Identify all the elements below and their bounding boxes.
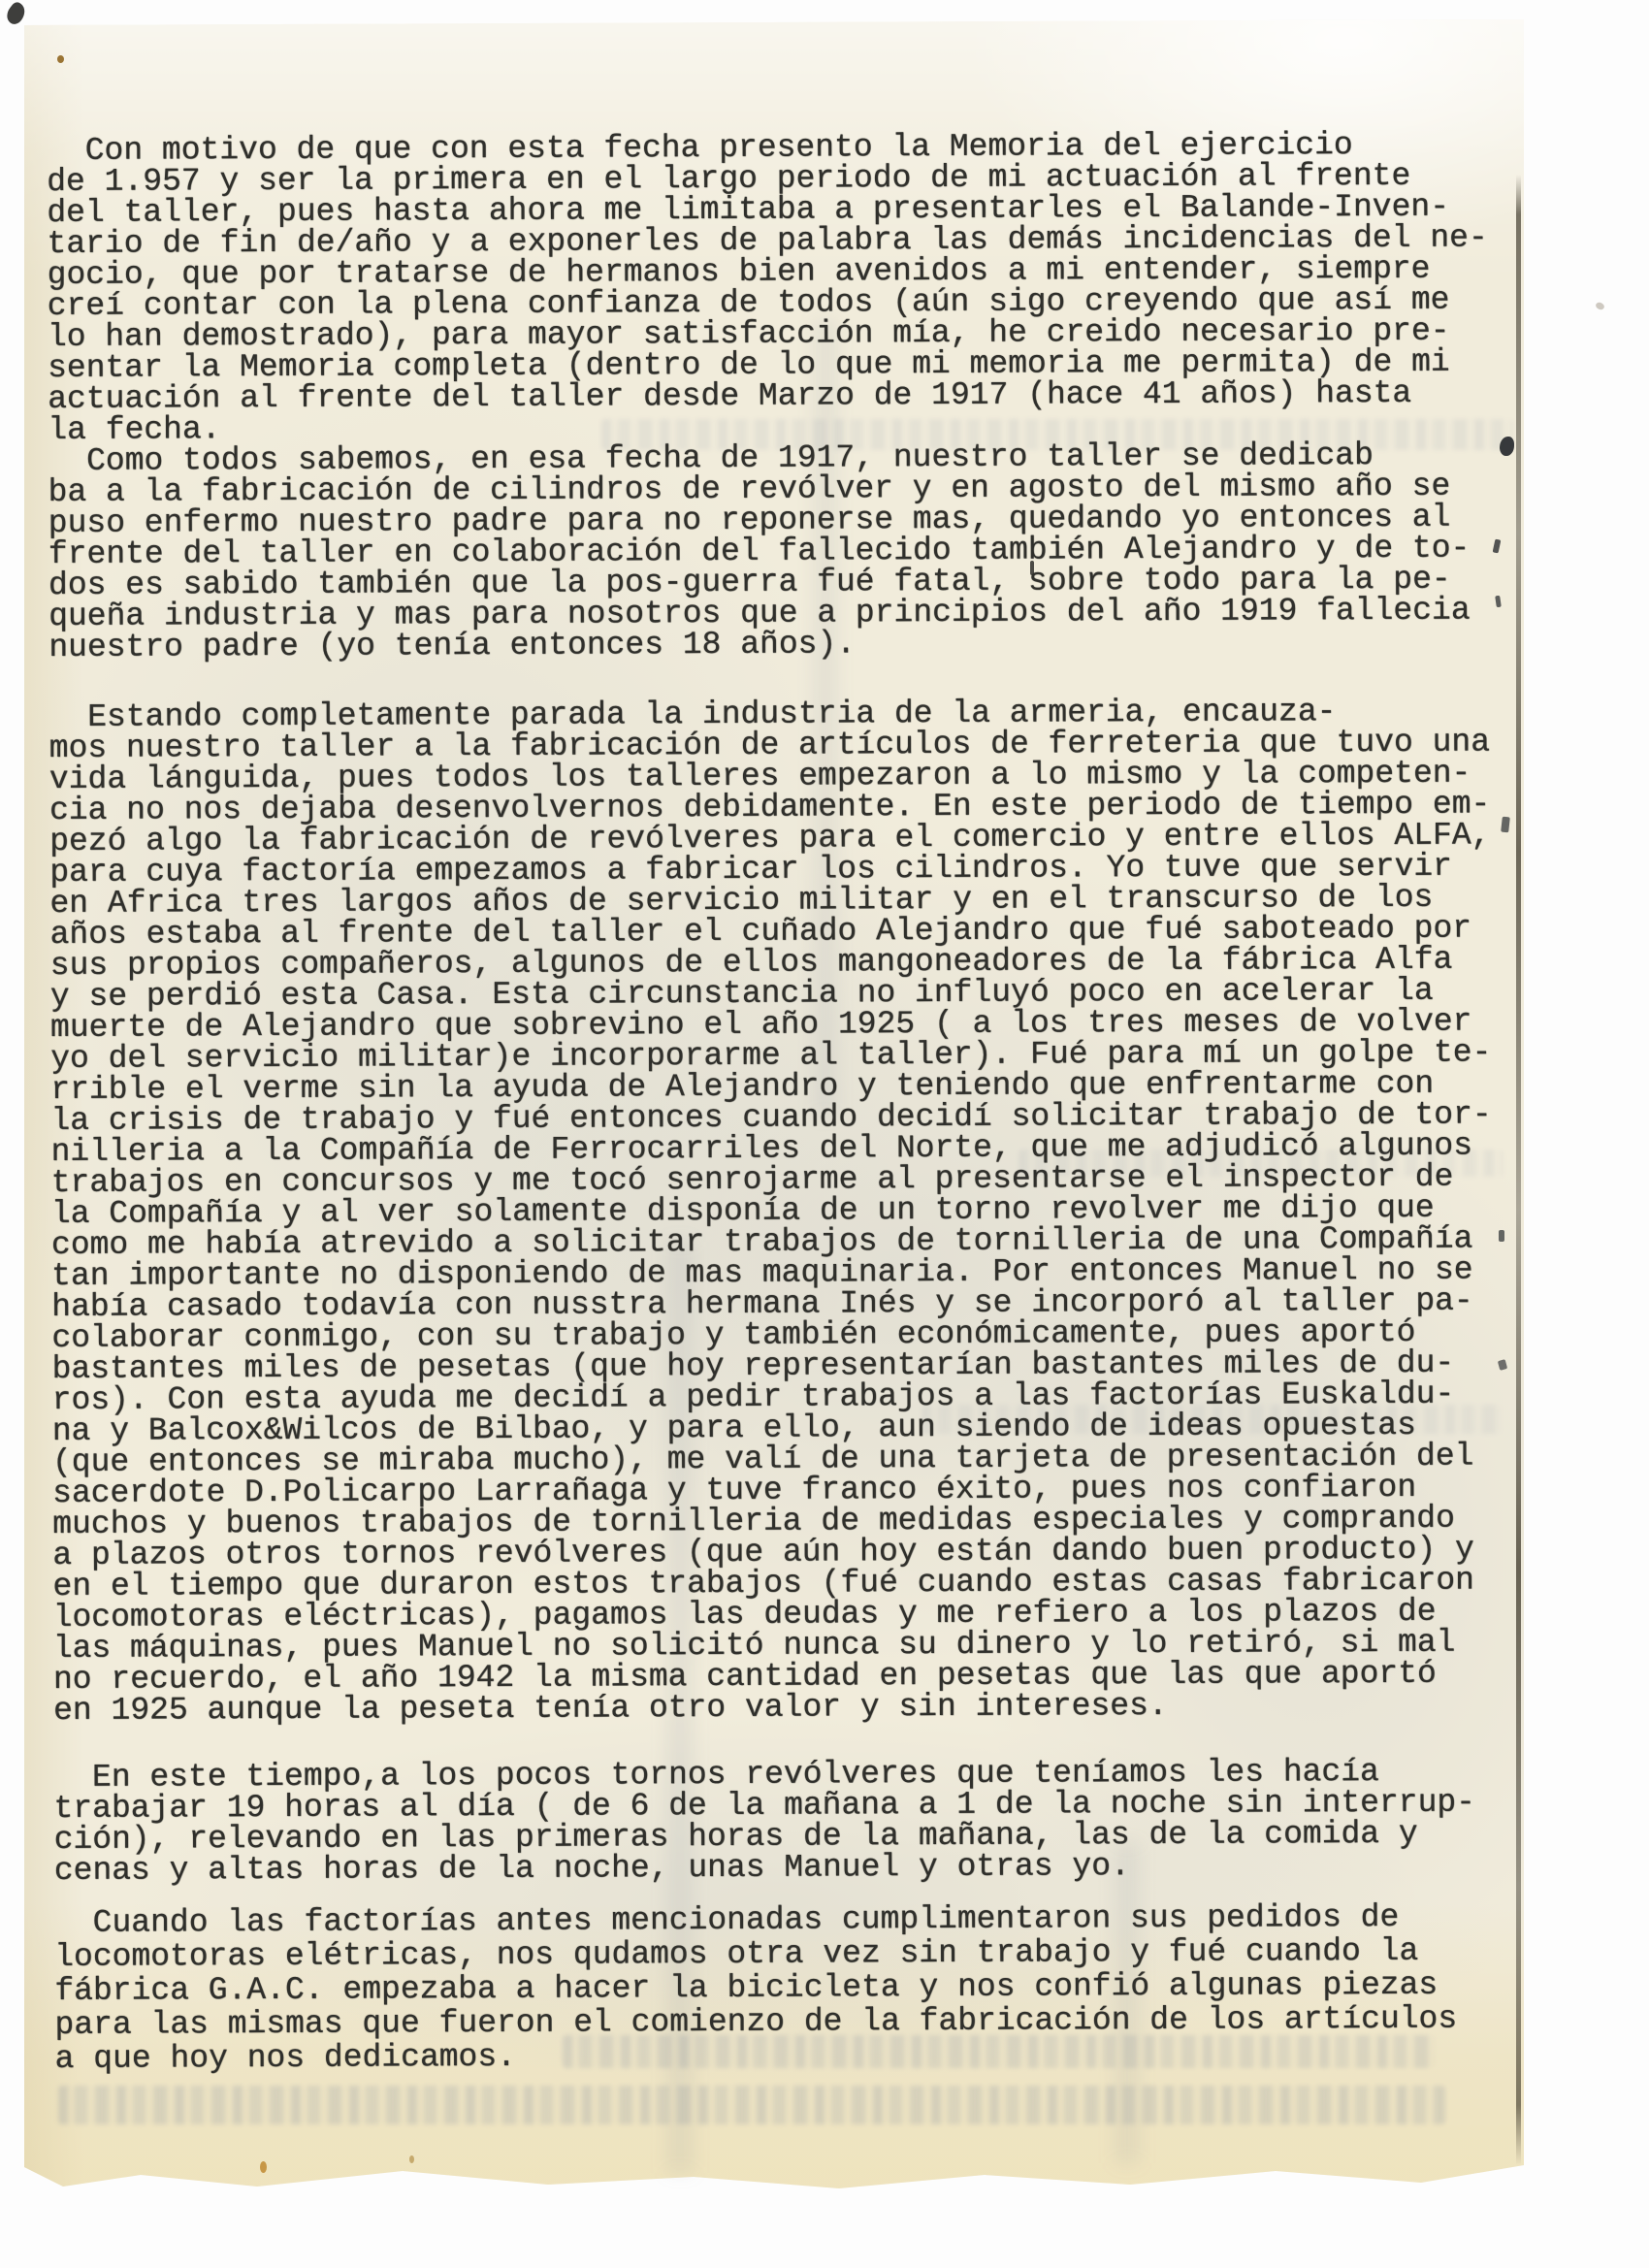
grey-speck [1595,301,1605,310]
orange-stain [409,2155,414,2163]
text-line: actuación al frente del taller desde Mar… [48,377,1532,415]
paragraph: Con motivo de que con esta fecha present… [47,129,1532,446]
orange-stain [260,2161,267,2173]
bleed-through-line [58,2086,1445,2124]
brown-speck [57,55,64,63]
text-line: a que hoy nos dedicamos. [55,2035,1539,2076]
paragraph: Estando completamente parada la industri… [49,696,1538,1727]
ink-tick [1499,1230,1504,1242]
text-line: nuestro padre (yo tenía entonces 18 años… [48,626,1533,664]
paragraph: Cuando las factorías antes mencionadas c… [54,1899,1539,2076]
scanned-document: Con motivo de que con esta fecha present… [0,0,1649,2268]
paragraph: Como todos sabemos, en esa fecha de 1917… [48,439,1533,664]
typewritten-text: Con motivo de que con esta fecha present… [47,129,1539,2076]
text-line: para las mismas que fueron el comienzo d… [54,2001,1538,2042]
text-line: cenas y altas horas de la noche, unas Ma… [54,1849,1538,1887]
ink-tick [1030,561,1034,575]
text-line: en 1925 aunque la peseta tenía otro valo… [53,1689,1537,1727]
ink-tick [1501,817,1510,833]
corner-ink-mark [3,0,29,27]
paragraph: En este tiempo,a los pocos tornos revólv… [53,1756,1538,1887]
